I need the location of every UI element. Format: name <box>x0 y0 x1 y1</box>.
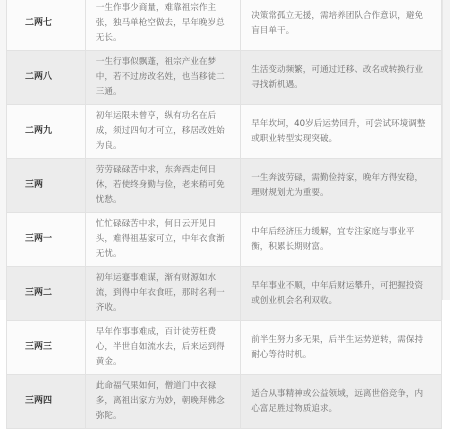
poem-cell: 劳劳碌碌苦中求，东奔西走何日休，若使终身勤与俭，老来稍可免忧愁。 <box>85 159 240 213</box>
advice-cell: 早年事业不顺，中年后财运攀升，可把握投资或创业机会名利双收。 <box>241 267 442 301</box>
poem-cell: 一生作事少商量，难靠祖宗作主张，独马单枪空做去，早年晚岁总无长。 <box>85 0 240 51</box>
right-margin <box>442 0 450 300</box>
bone-weight-table: 二两七 一生作事少商量，难靠祖宗作主张，独马单枪空做去，早年晚岁总无长。 决策常… <box>6 0 442 300</box>
poem-cell: 初年运蹇事难谋，渐有财源如水流，到得中年衣食旺，那时名利一齐收。 <box>85 267 240 301</box>
advice-cell: 决策常孤立无援，需培养团队合作意识，避免盲目单干。 <box>241 0 442 51</box>
poem-cell: 初年运限未曾亨，纵有功名在后成，须过四旬才可立，移居改姓始为良。 <box>85 105 240 159</box>
table-row: 三两一 忙忙碌碌苦中求，何日云开见日头，难得祖基家可立，中年衣食渐无忧。 中年后… <box>7 213 442 267</box>
table-row: 三两 劳劳碌碌苦中求，东奔西走何日休，若使终身勤与俭，老来稍可免忧愁。 一生奔波… <box>7 159 442 213</box>
table-row: 三两二 初年运蹇事难谋，渐有财源如水流，到得中年衣食旺，那时名利一齐收。 早年事… <box>7 267 442 301</box>
advice-cell: 中年后经济压力缓解，宜专注家庭与事业平衡，积累长期财富。 <box>241 213 442 267</box>
poem-cell: 忙忙碌碌苦中求，何日云开见日头，难得祖基家可立，中年衣食渐无忧。 <box>85 213 240 267</box>
weight-cell: 三两 <box>7 159 86 213</box>
poem-cell: 一生行事似飘蓬，祖宗产业在梦中，若不过房改名姓，也当移徒二三通。 <box>85 51 240 105</box>
advice-cell: 生活变动频繁，可通过迁移、改名或转换行业寻找新机遇。 <box>241 51 442 105</box>
table-row: 二两八 一生行事似飘蓬，祖宗产业在梦中，若不过房改名姓，也当移徒二三通。 生活变… <box>7 51 442 105</box>
weight-cell: 三两二 <box>7 267 86 301</box>
table-row: 二两七 一生作事少商量，难靠祖宗作主张，独马单枪空做去，早年晚岁总无长。 决策常… <box>7 0 442 51</box>
weight-cell: 二两八 <box>7 51 86 105</box>
advice-cell: 一生奔波劳碌，需勤俭持家，晚年方得安稳，理财规划尤为重要。 <box>241 159 442 213</box>
weight-cell: 二两七 <box>7 0 86 51</box>
weight-cell: 三两一 <box>7 213 86 267</box>
table-row: 二两九 初年运限未曾亨，纵有功名在后成，须过四旬才可立，移居改姓始为良。 早年坎… <box>7 105 442 159</box>
advice-cell: 早年坎坷，40岁后运势回升，可尝试环境调整或职业转型实现突破。 <box>241 105 442 159</box>
page-background: 二两七 一生作事少商量，难靠祖宗作主张，独马单枪空做去，早年晚岁总无长。 决策常… <box>0 0 450 300</box>
weight-cell: 二两九 <box>7 105 86 159</box>
